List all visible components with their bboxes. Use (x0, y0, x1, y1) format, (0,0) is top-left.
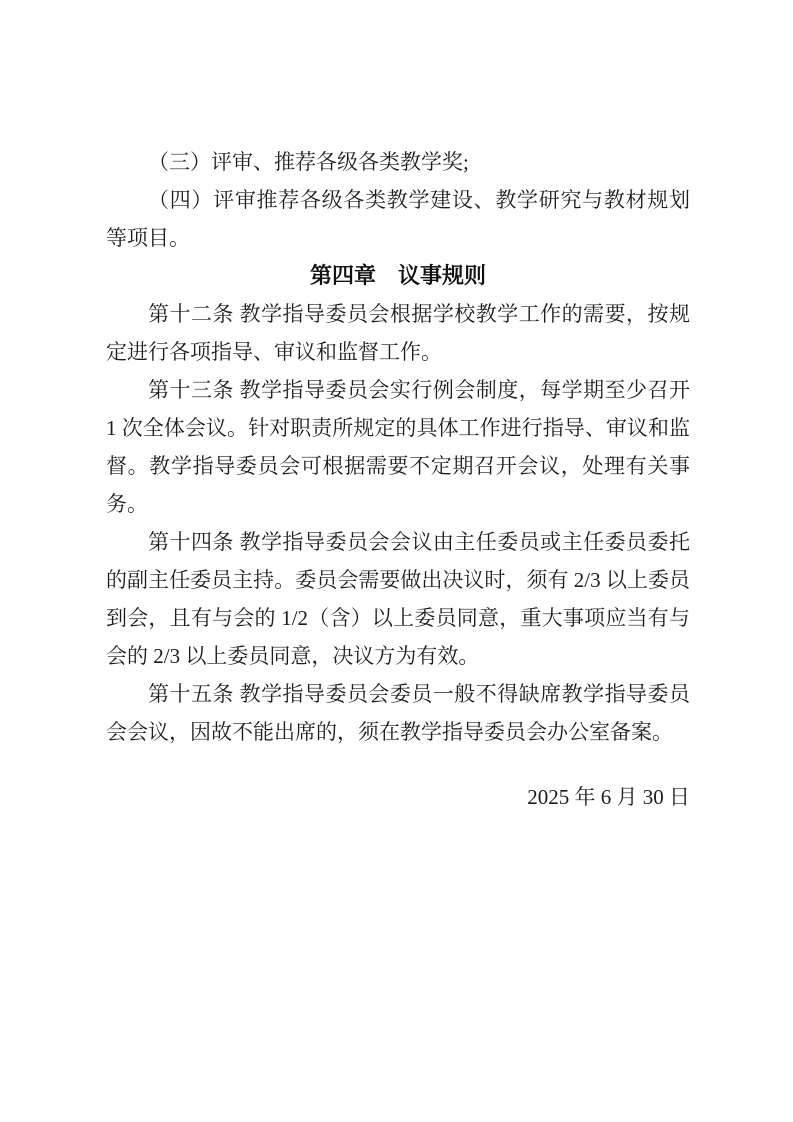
article-13: 第十三条 教学指导委员会实行例会制度，每学期至少召开 1 次全体会议。针对职责所… (106, 371, 690, 523)
list-item-three: （三）评审、推荐各级各类教学奖; (106, 143, 690, 181)
date-line: 2025 年 6 月 30 日 (106, 778, 690, 816)
article-14: 第十四条 教学指导委员会会议由主任委员或主任委员委托的副主任委员主持。委员会需要… (106, 523, 690, 675)
article-15: 第十五条 教学指导委员会委员一般不得缺席教学指导委员会会议，因故不能出席的，须在… (106, 675, 690, 751)
article-12: 第十二条 教学指导委员会根据学校教学工作的需要，按规定进行各项指导、审议和监督工… (106, 295, 690, 371)
document-page: （三）评审、推荐各级各类教学奖; （四）评审推荐各级各类教学建设、教学研究与教材… (0, 0, 793, 1122)
document-body: （三）评审、推荐各级各类教学奖; （四）评审推荐各级各类教学建设、教学研究与教材… (106, 143, 690, 816)
list-item-four: （四）评审推荐各级各类教学建设、教学研究与教材规划等项目。 (106, 181, 690, 257)
chapter-heading: 第四章 议事规则 (106, 257, 690, 295)
